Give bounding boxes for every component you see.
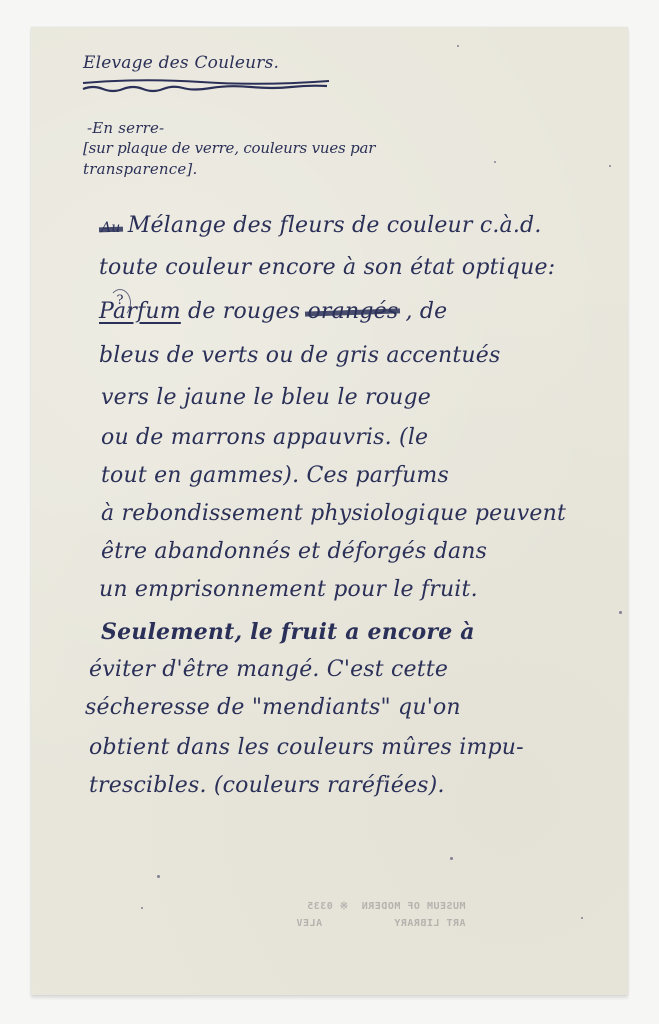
line-bleus: bleus de verts ou de gris accentués: [99, 343, 500, 368]
struck-word: Au: [101, 220, 121, 236]
word-de-rouges: de rouges: [188, 299, 300, 324]
line-en-serre: -En serre-: [87, 119, 164, 137]
line-toute-couleur: toute couleur encore à son état optique:: [99, 255, 555, 280]
word-de: , de: [406, 299, 448, 324]
ink-speck: [450, 857, 453, 860]
line-parfums: Parfum de rouges orangés , de: [99, 299, 447, 324]
underlined-word-parfum: Parfum: [99, 299, 181, 324]
manuscript-page: Elevage des Couleurs. -En serre- [sur pl…: [31, 27, 628, 995]
ink-speck: [581, 917, 583, 919]
stamp-line-1: MUSEUM OF MODERN ※ 0335: [307, 901, 466, 912]
line-trescibles: trescibles. (couleurs raréfiées).: [89, 773, 445, 798]
struck-word-oranges: orangés: [307, 299, 398, 324]
library-stamp-mirrored: MUSEUM OF MODERN ※ 0335 ART LIBRARY ALEV: [296, 898, 466, 932]
line-abandonnes: être abandonnés et déforgés dans: [101, 539, 487, 564]
ink-speck: [619, 611, 622, 614]
line-sur-plaque: [sur plaque de verre, couleurs vues par: [83, 139, 375, 157]
line-marrons: ou de marrons appauvris. (le: [101, 425, 428, 450]
title-wavy-underline: [81, 79, 331, 93]
line-obtient: obtient dans les couleurs mûres impu-: [89, 735, 524, 760]
line-secheresse: sécheresse de "mendiants" qu'on: [85, 695, 461, 720]
ink-speck: [494, 161, 496, 163]
ink-speck: [457, 45, 459, 47]
line-eviter: éviter d'être mangé. C'est cette: [89, 657, 448, 682]
line-transparence: transparence].: [83, 160, 197, 178]
line-rebondissement: à rebondissement physiologique peuvent: [101, 501, 566, 526]
document-title: Elevage des Couleurs.: [83, 53, 279, 73]
line-vers-le-jaune: vers le jaune le bleu le rouge: [101, 385, 431, 410]
line-gammes: tout en gammes). Ces parfums: [101, 463, 449, 488]
line-melange-text: Mélange des fleurs de couleur c.à.d.: [128, 213, 542, 238]
stamp-line-2: ART LIBRARY ALEV: [296, 918, 466, 929]
ink-speck: [157, 875, 160, 878]
ink-speck: [141, 907, 143, 909]
line-melange: Au Mélange des fleurs de couleur c.à.d.: [101, 213, 542, 238]
line-emprisonnement: un emprisonnement pour le fruit.: [99, 577, 478, 602]
ink-speck: [609, 165, 611, 167]
line-seulement: Seulement, le fruit a encore à: [101, 619, 475, 645]
